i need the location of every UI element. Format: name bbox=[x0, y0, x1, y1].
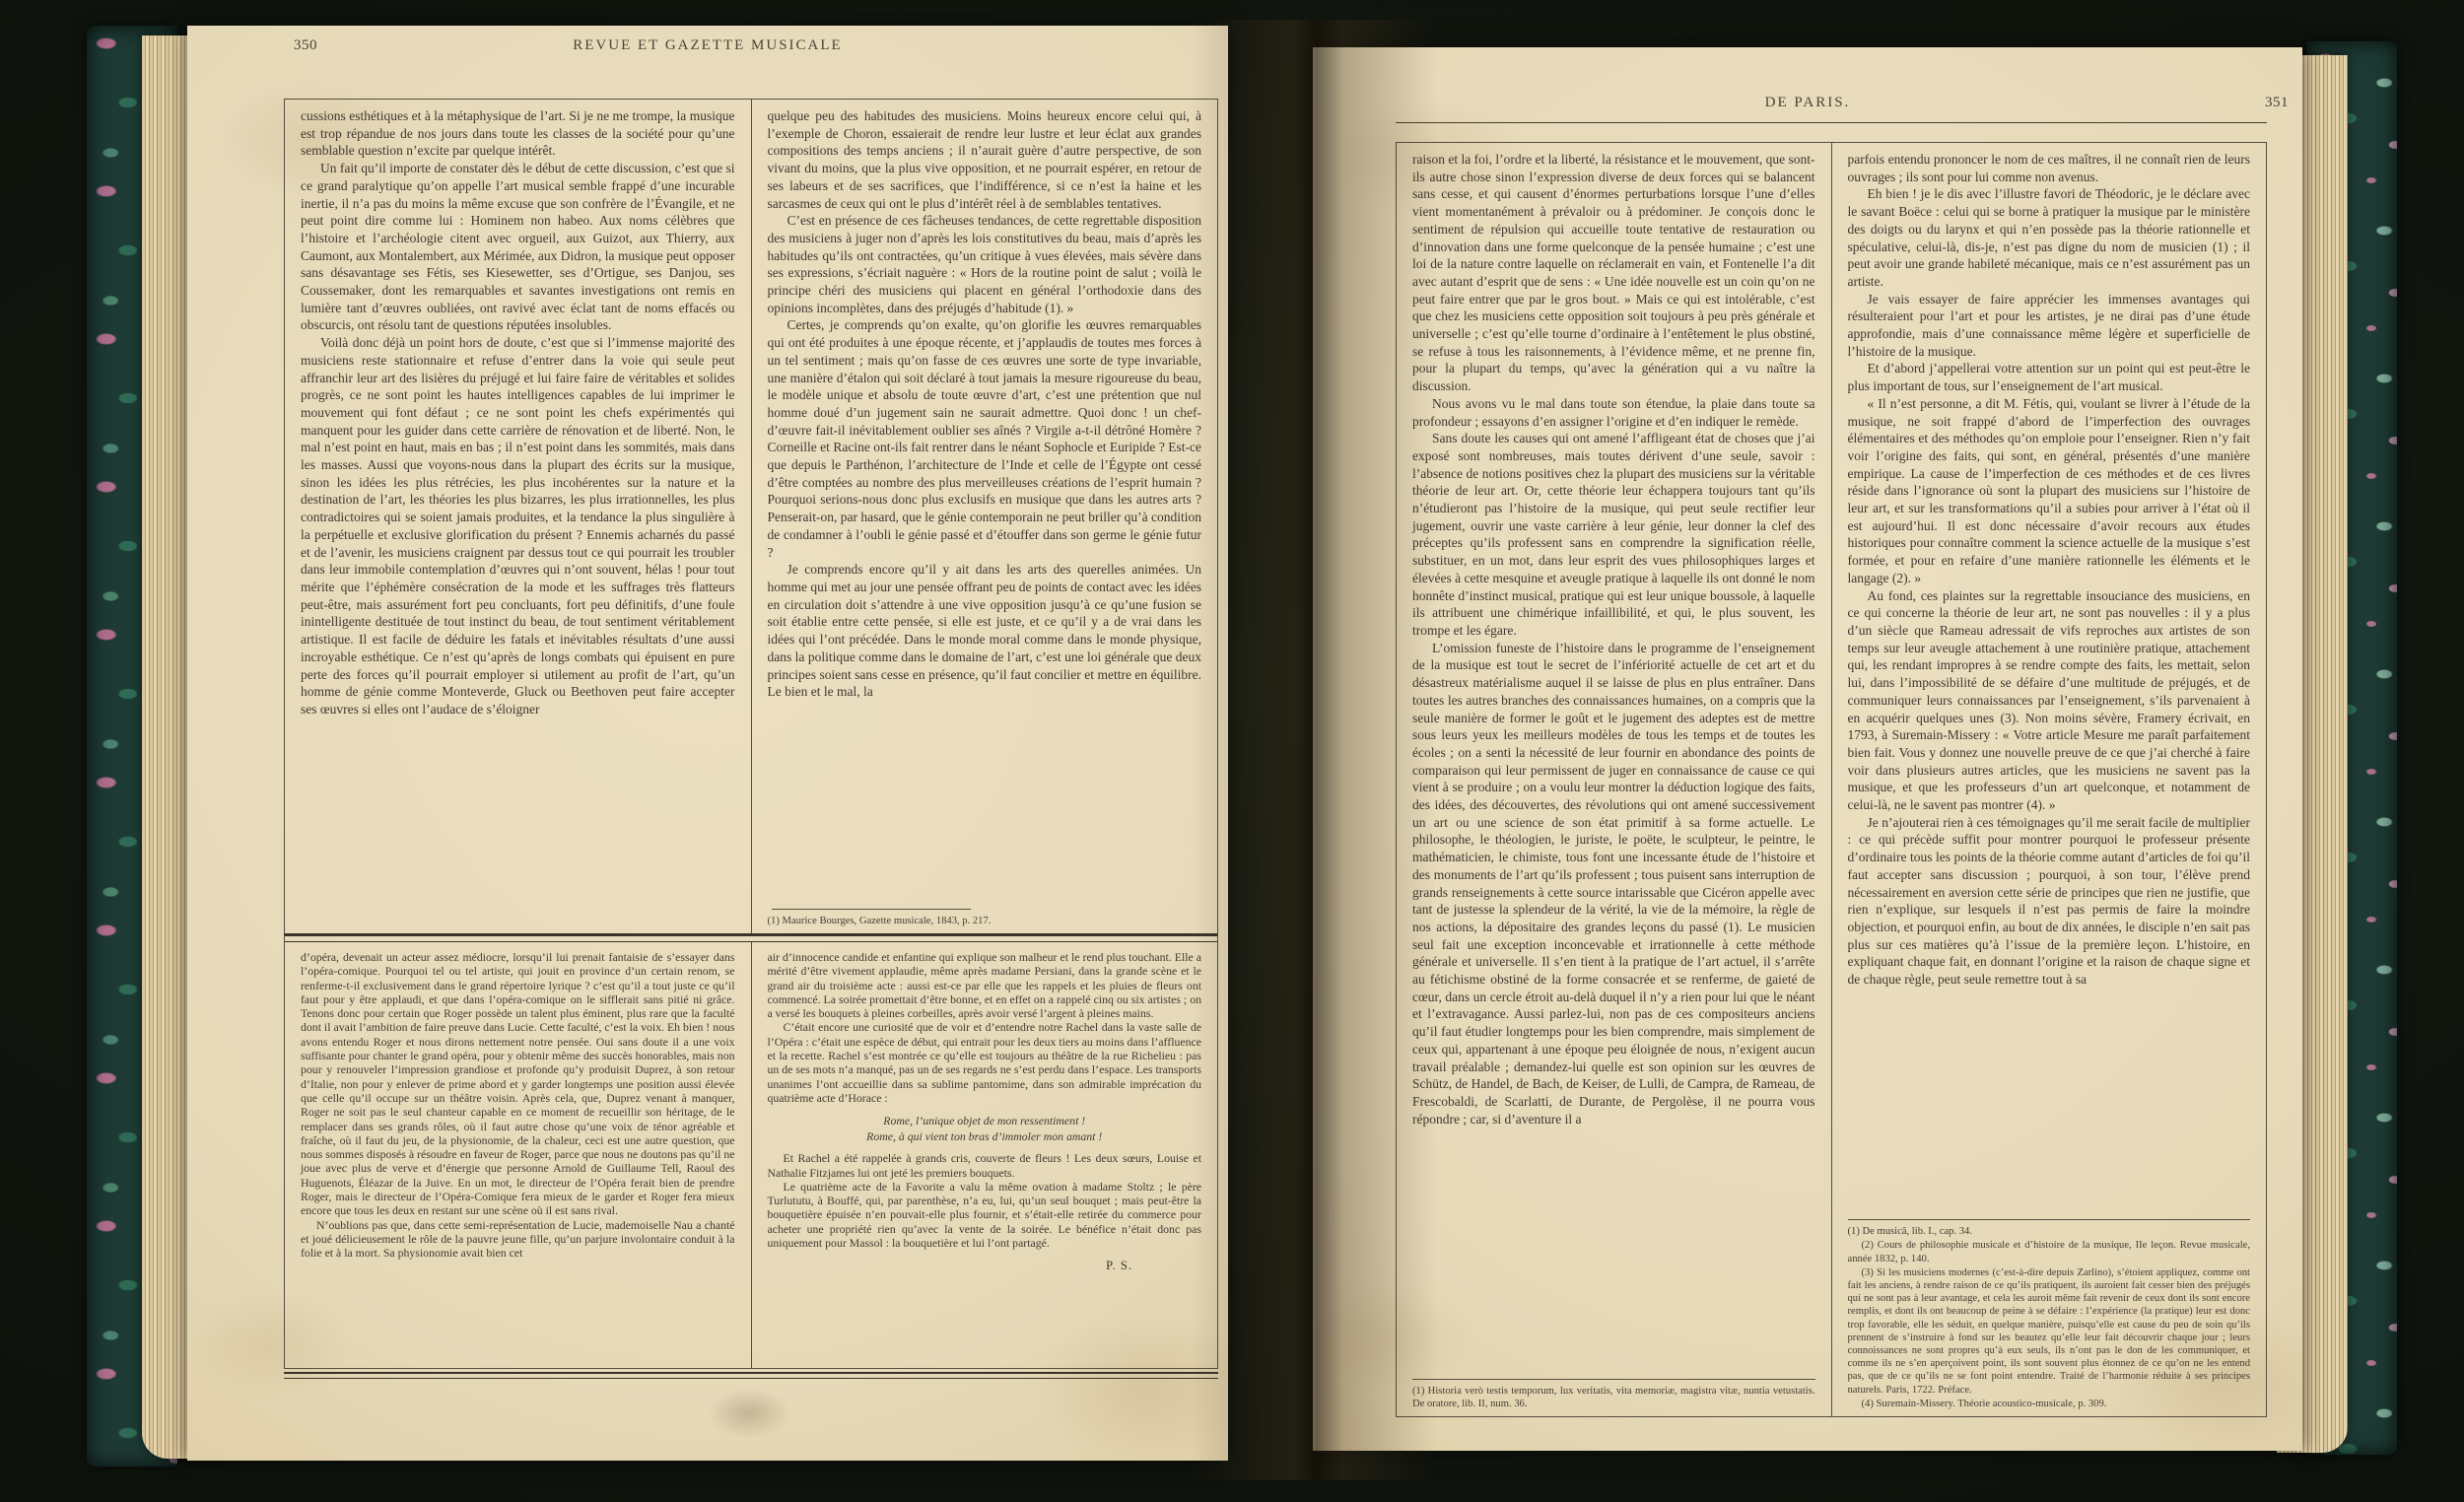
paragraph: quelque peu des habitudes des musiciens.… bbox=[768, 107, 1202, 212]
paragraph: Rome, l’unique objet de mon ressentiment… bbox=[768, 1114, 1202, 1129]
main-column-1: cussions esthétiques et à la métaphysiqu… bbox=[285, 100, 751, 933]
header-rule bbox=[1396, 122, 2267, 123]
right-article-columns: raison et la foi, l’ordre et la liberté,… bbox=[1396, 142, 2267, 1417]
footnote-left: (1) Maurice Bourges, Gazette musicale, 1… bbox=[768, 915, 1202, 927]
feuilleton-col2-after: Et Rachel a été rappelée à grands cris, … bbox=[768, 1151, 1202, 1250]
right-page: DE PARIS. 351 raison et la foi, l’ordre … bbox=[1313, 47, 2302, 1451]
paragraph: N’oublions pas que, dans cette semi-repr… bbox=[301, 1218, 735, 1261]
paragraph: Rome, à qui vient ton bras d’immoler mon… bbox=[768, 1129, 1202, 1145]
paragraph: L’omission funeste de l’histoire dans le… bbox=[1412, 640, 1815, 1128]
paragraph: Je comprends encore qu’il y ait dans les… bbox=[768, 561, 1202, 701]
paragraph: Et d’abord j’appellerai votre attention … bbox=[1848, 360, 2251, 394]
paragraph: Eh bien ! je le dis avec l’illustre favo… bbox=[1848, 185, 2251, 290]
paragraph: (1) De musicâ, lib. I., cap. 34. bbox=[1848, 1225, 2251, 1238]
paragraph: Le quatrième acte de la Favorite a valu … bbox=[768, 1180, 1202, 1250]
main-column-2-text: quelque peu des habitudes des musiciens.… bbox=[768, 107, 1202, 701]
paragraph: cussions esthétiques et à la métaphysiqu… bbox=[301, 107, 735, 160]
left-page: 350 REVUE ET GAZETTE MUSICALE cussions e… bbox=[187, 26, 1228, 1461]
paragraph: Certes, je comprends qu’on exalte, qu’on… bbox=[768, 316, 1202, 561]
main-column-2: quelque peu des habitudes des musiciens.… bbox=[751, 100, 1218, 933]
feuilleton-column-1: d’opéra, devenait un acteur assez médioc… bbox=[285, 942, 751, 1368]
footnote-text: (1) Maurice Bourges, Gazette musicale, 1… bbox=[768, 915, 1202, 927]
paragraph: d’opéra, devenait un acteur assez médioc… bbox=[301, 950, 735, 1218]
paragraph: Au fond, ces plaintes sur la regrettable… bbox=[1848, 587, 2251, 814]
footnotes-right-col1: (1) Historia verò testis temporum, lux v… bbox=[1412, 1385, 1815, 1410]
paragraph: air d’innocence candide et enfantine qui… bbox=[768, 950, 1202, 1020]
paragraph: (1) Historia verò testis temporum, lux v… bbox=[1412, 1385, 1815, 1410]
open-book: 350 REVUE ET GAZETTE MUSICALE cussions e… bbox=[87, 20, 2397, 1480]
paragraph: Je n’ajouterai rien à ces témoignages qu… bbox=[1848, 814, 2251, 989]
right-column-1: raison et la foi, l’ordre et la liberté,… bbox=[1397, 143, 1831, 1416]
paragraph: (2) Cours de philosophie musicale et d’h… bbox=[1848, 1239, 2251, 1264]
running-title-left: REVUE ET GAZETTE MUSICALE bbox=[306, 37, 1110, 54]
paragraph: C’était encore une curiosité que de voir… bbox=[768, 1020, 1202, 1105]
right-column-1-text: raison et la foi, l’ordre et la liberté,… bbox=[1412, 151, 1815, 1127]
main-article-columns: cussions esthétiques et à la métaphysiqu… bbox=[284, 99, 1218, 933]
footnote-separator bbox=[1412, 1379, 1815, 1380]
paragraph: parfois entendu prononcer le nom de ces … bbox=[1848, 151, 2251, 185]
library-blind-stamp bbox=[708, 1388, 790, 1439]
left-page-header: 350 REVUE ET GAZETTE MUSICALE bbox=[187, 37, 1228, 54]
paragraph: C’est en présence de ces fâcheuses tenda… bbox=[768, 212, 1202, 316]
paragraph: raison et la foi, l’ordre et la liberté,… bbox=[1412, 151, 1815, 395]
feuilleton-divider-rule bbox=[284, 933, 1218, 942]
feuilleton-columns: d’opéra, devenait un acteur assez médioc… bbox=[284, 942, 1218, 1369]
footnote-block-right-col2: (1) De musicâ, lib. I., cap. 34.(2) Cour… bbox=[1848, 1214, 2251, 1411]
page-bottom-rule bbox=[284, 1372, 1218, 1379]
photograph-of-open-book: { "book": { "left_page": { "page_number"… bbox=[0, 0, 2464, 1502]
paragraph: « Il n’est personne, a dit M. Fétis, qui… bbox=[1848, 395, 2251, 587]
footnote-separator bbox=[1848, 1219, 2251, 1220]
feuilleton-col2-before: air d’innocence candide et enfantine qui… bbox=[768, 950, 1202, 1105]
paragraph: Voilà donc déjà un point hors de doute, … bbox=[301, 334, 735, 717]
footnote-block-left: (1) Maurice Bourges, Gazette musicale, 1… bbox=[768, 904, 1202, 928]
paragraph: (4) Suremain-Missery. Théorie acoustico-… bbox=[1848, 1398, 2251, 1410]
running-title-right: DE PARIS. bbox=[1431, 95, 2184, 111]
page-number-right: 351 bbox=[2184, 95, 2302, 111]
paragraph: (3) Si les musiciens modernes (c’est-à-d… bbox=[1848, 1266, 2251, 1397]
footnotes-right-col2: (1) De musicâ, lib. I., cap. 34.(2) Cour… bbox=[1848, 1225, 2251, 1410]
right-column-2-text: parfois entendu prononcer le nom de ces … bbox=[1848, 151, 2251, 989]
right-page-header: DE PARIS. 351 bbox=[1313, 95, 2302, 111]
paragraph: Et Rachel a été rappelée à grands cris, … bbox=[768, 1151, 1202, 1180]
page-number-left: 350 bbox=[187, 37, 306, 54]
verse-quotation: Rome, l’unique objet de mon ressentiment… bbox=[768, 1114, 1202, 1144]
footnote-separator bbox=[772, 909, 972, 910]
paragraph: Sans doute les causes qui ont amené l’af… bbox=[1412, 430, 1815, 639]
right-column-2: parfois entendu prononcer le nom de ces … bbox=[1831, 143, 2267, 1416]
paragraph: Un fait qu’il importe de constater dès l… bbox=[301, 160, 735, 334]
right-page-text-block: raison et la foi, l’ordre et la liberté,… bbox=[1396, 142, 2267, 1417]
article-signature: P. S. bbox=[768, 1259, 1202, 1273]
footnote-block-right-col1: (1) Historia verò testis temporum, lux v… bbox=[1412, 1374, 1815, 1411]
left-page-text-block: cussions esthétiques et à la métaphysiqu… bbox=[284, 99, 1218, 1379]
feuilleton-column-2: air d’innocence candide et enfantine qui… bbox=[751, 942, 1218, 1368]
paragraph: Nous avons vu le mal dans toute son éten… bbox=[1412, 395, 1815, 430]
paragraph: Je vais essayer de faire apprécier les i… bbox=[1848, 291, 2251, 361]
